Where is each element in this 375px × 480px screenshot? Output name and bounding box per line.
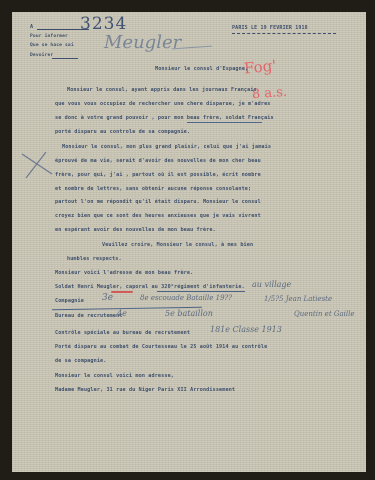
control-label: Contrôle spéciale au bureau de recruteme… <box>55 330 190 336</box>
handwritten-name: Meugler <box>104 32 181 53</box>
soldier-handwritten-note: au village <box>252 280 291 289</box>
paragraph-2-line: croyez bien que ce sont des heures anxie… <box>55 213 261 219</box>
paragraph-1-line: se donc à votre grand pouvoir , pour mon… <box>55 115 274 121</box>
form-line-1: Pour informer <box>30 34 68 39</box>
date-line: PARIS LE 19 FEVRIER 1918 <box>232 25 308 31</box>
recruitment-label: Bureau de recrutement <box>55 313 123 319</box>
form-line-2: Que se hace sai <box>30 43 74 48</box>
underline <box>157 291 245 292</box>
cross-mark-icon <box>20 150 54 180</box>
missing-line: Porté disparu au combat de Courtesseau l… <box>55 344 267 350</box>
paragraph-1-line: porté disparu au controle de sa compagni… <box>55 129 190 135</box>
missing-line: de sa compagnie. <box>55 358 106 364</box>
paragraph-2-line: éprouvé de ma vie, serait d'avoir des no… <box>55 158 261 164</box>
control-handwritten: 181e Classe 1913 <box>210 325 282 334</box>
paragraph-1-line: Monsieur le consul, ayant appris dans le… <box>67 87 257 93</box>
paragraph-2-line: frère, pour qui, j'ai , partout où il es… <box>55 172 261 178</box>
form-line-3: Devoirer <box>30 53 53 58</box>
address-intro: Monsieur voici l'adresse de mon beau frè… <box>55 270 193 276</box>
date-underline <box>232 33 336 34</box>
form-line <box>52 58 78 59</box>
battalion-handwritten: 5e bataillon <box>165 309 213 318</box>
paragraph-2-line: Monsieur le consul, mon plus grand plais… <box>62 144 271 150</box>
company-handwritten: 3e <box>102 293 113 303</box>
file-number: 3234 <box>80 14 127 34</box>
soldier-line: Soldat Henri Meugler, caporal au 320°rég… <box>55 284 245 290</box>
form-label-a: A <box>30 24 33 30</box>
salutation: Monsieur le consul d'Espagne, <box>155 66 248 72</box>
paragraph-2-line: partout l'on me répondit qu'il était dis… <box>55 199 261 205</box>
paragraph-2-line: en espérant avoir des nouvelles de mon b… <box>55 227 216 233</box>
my-address-intro: Monsieur le consul voici mon adresse, <box>55 373 174 379</box>
recruitment-note: Quentin et Gaille <box>294 310 355 318</box>
company-note: 8e escouade Bataille 19?? <box>140 294 232 302</box>
paragraph-1-line: que vous vous occupiez de rechercher une… <box>55 101 271 107</box>
closing-line: humbles respects. <box>67 256 122 262</box>
recruitment-handwritten: 4e <box>117 309 127 318</box>
document-sheet: A Pour informer Que se hace sai Devoirer… <box>12 12 366 472</box>
red-underline <box>111 291 133 293</box>
company-note-2: 1/5?5 Jean Latieste <box>264 295 332 303</box>
company-label: Compagnie <box>55 298 84 304</box>
closing-line: Veuillez croire, Monsieur le consul, à m… <box>102 242 253 248</box>
underline <box>187 122 262 123</box>
my-address: Madame Meugler, 31 rue du Niger Paris XI… <box>55 387 235 393</box>
paragraph-2-line: et nombre de lettres, sans obtenir aucun… <box>55 186 251 192</box>
